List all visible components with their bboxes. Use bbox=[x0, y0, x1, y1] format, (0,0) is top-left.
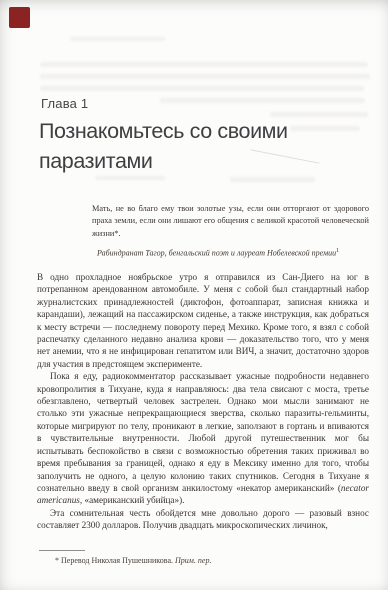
bleed-through-artifact bbox=[160, 98, 365, 103]
bleed-through-artifact bbox=[40, 62, 368, 67]
epigraph-attribution: Рабиндранат Тагор, бенгальский поэт и ла… bbox=[92, 248, 369, 258]
book-page: Глава 1 Познакомьтесь со своими паразита… bbox=[0, 0, 388, 590]
paragraph: Пока я еду, радиокомментатор рассказывае… bbox=[37, 370, 369, 506]
footnote: * Перевод Николая Пушешникова. Прим. пер… bbox=[55, 556, 355, 565]
red-corner-marker bbox=[9, 7, 30, 28]
endnote-reference: 1 bbox=[336, 248, 339, 254]
epigraph-text: Мать, не во благо ему твои золотые узы, … bbox=[92, 203, 369, 240]
bleed-through-artifact bbox=[70, 37, 165, 41]
footnote-source-label: Прим. пер. bbox=[175, 556, 211, 565]
bleed-through-artifact bbox=[40, 74, 370, 79]
paragraph: В одно прохладное ноябрьское утро я отпр… bbox=[37, 271, 369, 370]
footnote-text: * Перевод Николая Пушешникова. bbox=[55, 556, 175, 565]
body-paragraphs: В одно прохладное ноябрьское утро я отпр… bbox=[37, 271, 369, 532]
chapter-title: Познакомьтесь со своими паразитами bbox=[39, 116, 355, 176]
bleed-through-artifact bbox=[230, 177, 315, 182]
epigraph-attribution-text: Рабиндранат Тагор, бенгальский поэт и ла… bbox=[97, 249, 336, 258]
bleed-through-artifact bbox=[40, 86, 364, 91]
paragraph: Эта сомнительная честь обойдется мне дов… bbox=[37, 507, 369, 532]
footnote-divider bbox=[39, 550, 85, 551]
epigraph: Мать, не во благо ему твои золотые узы, … bbox=[92, 203, 369, 258]
bleed-through-artifact bbox=[95, 176, 165, 180]
chapter-label: Глава 1 bbox=[41, 96, 88, 111]
